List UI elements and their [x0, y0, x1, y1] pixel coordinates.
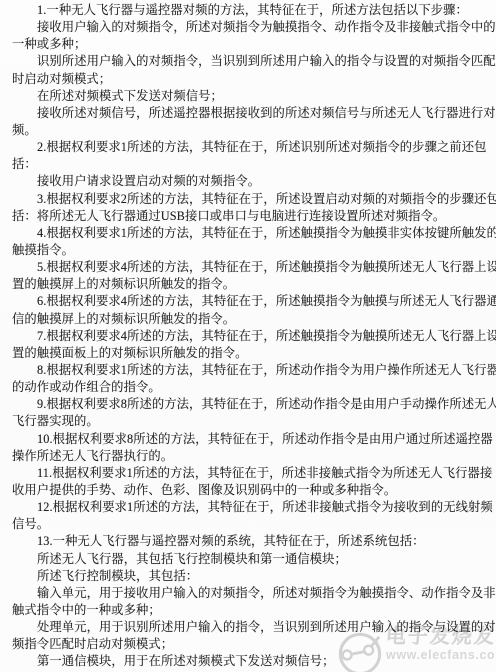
claim-text-line: 11.根据权利要求1所述的方法，其特征在于，所述非接触式指令为所述无人飞行器接	[12, 465, 488, 482]
claim-text-line: 信号。	[12, 516, 488, 533]
claim-text-line: 1.一种无人飞行器与遥控器对频的方法，其特征在于，所述方法包括以下步骤：	[12, 2, 488, 19]
claim-text-line: 收用户提供的手势、动作、色彩、图像及识别码中的一种或多种指令。	[12, 482, 488, 499]
claim-text-line: 置的触摸面板上的对频标识所触发的指令。	[12, 345, 488, 362]
claim-text-line: 接收用户输入的对频指令，所述对频指令为触摸指令、动作指令及非接触式指令中的	[12, 19, 488, 36]
claim-text-line: 频。	[12, 122, 488, 139]
claim-text-line: 12.根据权利要求1所述的方法，其特征在于，所述非接触式指令为接收到的无线射频	[12, 499, 488, 516]
claim-text-line: 一种或多种；	[12, 36, 488, 53]
claim-text-line: 频指令匹配时启动对频模式；	[12, 636, 488, 653]
claim-text-line: 信的触摸屏上的对频标识所触发的指令。	[12, 311, 488, 328]
claim-text-line: 8.根据权利要求1所述的方法，其特征在于，所述动作指令为用户操作所述无人飞行器	[12, 362, 488, 379]
claim-text-line: 括：将所述无人飞行器通过USB接口或串口与电脑进行连接设置所述对频指令。	[12, 208, 488, 225]
claim-text-line: 所述飞行控制模块，其包括：	[12, 568, 488, 585]
claim-text-line: 的动作或动作组合的指令。	[12, 379, 488, 396]
claim-text-line: 括：	[12, 156, 488, 173]
claim-text-line: 第一通信模块，用于在所述对频模式下发送对频信号；	[12, 653, 488, 670]
claim-text-line: 触式指令中的一种或多种；	[12, 602, 488, 619]
claim-text-line: 触摸指令。	[12, 242, 488, 259]
claim-text-line: 处理单元，用于识别所述用户输入的指令，当识别到所述用户输入的指令与设置的对	[12, 619, 488, 636]
claim-text-line: 时启动对频模式；	[12, 71, 488, 88]
claims-text: 1.一种无人飞行器与遥控器对频的方法，其特征在于，所述方法包括以下步骤：接收用户…	[12, 2, 488, 670]
claim-text-line: 7.根据权利要求4所述的方法，其特征在于，所述触摸指令为触摸所述无人飞行器上设	[12, 328, 488, 345]
claim-text-line: 接收用户请求设置启动对频的对频指令。	[12, 173, 488, 190]
claim-text-line: 4.根据权利要求1所述的方法，其特征在于，所述触摸指令为触摸非实体按键所触发的	[12, 225, 488, 242]
claim-text-line: 置的触摸屏上的对频标识所触发的指令。	[12, 276, 488, 293]
claim-text-line: 接收所述对频信号，所述遥控器根据接收到的所述对频信号与所述无人飞行器进行对	[12, 105, 488, 122]
claim-text-line: 13.一种无人飞行器与遥控器对频的系统，其特征在于，所述系统包括：	[12, 533, 488, 550]
scanned-claims-page: 电子发烧友 www.elecfans.com 1.一种无人飞行器与遥控器对频的方…	[0, 0, 496, 672]
claim-text-line: 9.根据权利要求8所述的方法，其特征在于，所述动作指令是由用户手动操作所述无人	[12, 396, 488, 413]
claim-text-line: 6.根据权利要求4所述的方法，其特征在于，所述触摸指令为触摸与所述无人飞行器通	[12, 293, 488, 310]
claim-text-line: 在所述对频模式下发送对频信号；	[12, 88, 488, 105]
claim-text-line: 2.根据权利要求1所述的方法，其特征在于，所述识别所述对频指令的步骤之前还包	[12, 139, 488, 156]
claim-text-line: 操作所述无人飞行器执行的。	[12, 448, 488, 465]
claim-text-line: 识别所述用户输入的对频指令，当识别到所述用户输入的指令与设置的对频指令匹配	[12, 53, 488, 70]
claim-text-line: 5.根据权利要求4所述的方法，其特征在于，所述触摸指令为触摸所述无人飞行器上设	[12, 259, 488, 276]
claim-text-line: 所述无人飞行器，其包括飞行控制模块和第一通信模块；	[12, 551, 488, 568]
claim-text-line: 飞行器实现的。	[12, 413, 488, 430]
claim-text-line: 3.根据权利要求2所述的方法，其特征在于，所述设置启动对频的对频指令的步骤还包	[12, 191, 488, 208]
claim-text-line: 输入单元，用于接收用户输入的对频指令，所述对频指令为触摸指令、动作指令及非接	[12, 585, 488, 602]
claim-text-line: 10.根据权利要求8所述的方法，其特征在于，所述动作指令是由用户通过所述遥控器	[12, 431, 488, 448]
